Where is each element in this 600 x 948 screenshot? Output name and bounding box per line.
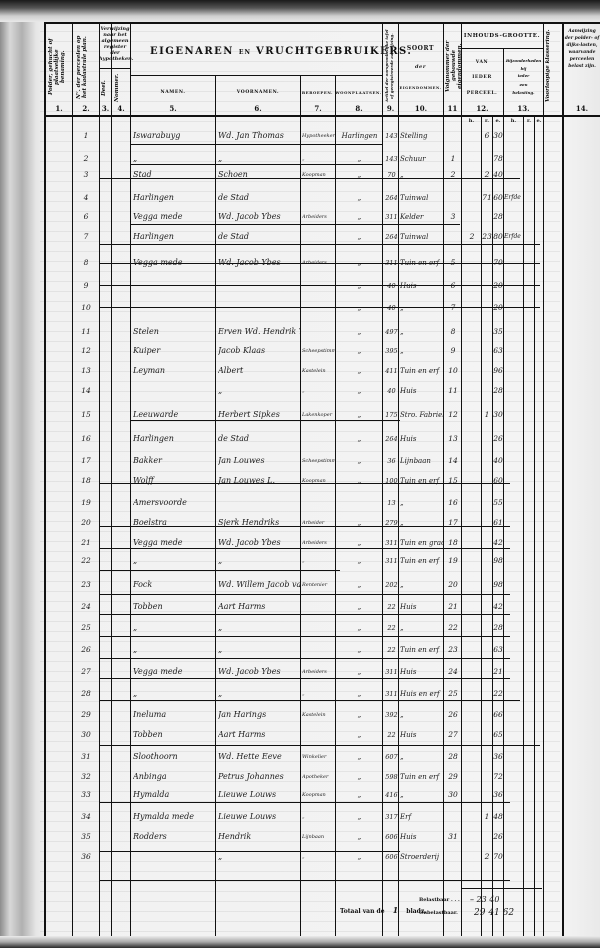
header-col1: Polder, gehucht of plaatselijke benaming…: [48, 32, 68, 102]
special-note: Erfde: [504, 193, 542, 203]
area-centiare: 80: [493, 232, 503, 242]
property-type: Tuin en erf: [400, 366, 443, 376]
special-note: Erfde: [504, 232, 542, 242]
first-names: Albert: [218, 366, 300, 376]
article-number: 13: [384, 498, 399, 508]
occupation: „: [302, 689, 335, 699]
building-number: 22: [446, 623, 460, 633]
surname: Stelen: [133, 327, 215, 337]
area-are: 23: [482, 232, 492, 242]
building-number: 19: [446, 556, 460, 566]
building-number: 12: [446, 410, 460, 420]
occupation: Arbeiders: [302, 212, 335, 222]
first-names: „: [218, 623, 300, 633]
surname: Iswarabuyg: [133, 131, 215, 141]
row-rule: [100, 880, 510, 881]
parcel-number: 19: [74, 498, 98, 508]
first-names: de Stad: [218, 193, 300, 203]
building-number: 8: [446, 327, 460, 337]
parcel-number: 22: [74, 556, 98, 566]
parcel-number: 23: [74, 580, 98, 590]
building-number: 10: [446, 366, 460, 376]
property-type: Tuin en gracht: [400, 538, 443, 548]
area-centiare: 61: [493, 518, 503, 528]
article-number: 279: [384, 518, 399, 528]
col-number-1: 1.: [46, 104, 72, 113]
col-divider-1-2: [72, 22, 73, 936]
area-centiare: 65: [493, 730, 503, 740]
frame-left: [44, 22, 46, 936]
property-type: Tuin en erf: [400, 772, 443, 782]
residence: „: [337, 645, 382, 655]
article-number: 22: [384, 623, 399, 633]
row-rule: [100, 594, 510, 595]
occupation: Rentenier: [302, 580, 335, 590]
row-rule: [100, 678, 510, 679]
first-names: Wd. Jacob Ybes: [218, 667, 300, 677]
property-type: Tuin en erf: [400, 476, 443, 486]
surname: Vegga mede: [133, 538, 215, 548]
property-type: Tuinwal: [400, 193, 443, 203]
property-type: „: [400, 498, 443, 508]
article-number: 416: [384, 790, 399, 800]
area-centiare: 63: [493, 346, 503, 356]
building-number: 23: [446, 645, 460, 655]
surname: Bakker: [133, 456, 215, 466]
article-number: 36: [384, 456, 399, 466]
residence: „: [337, 710, 382, 720]
article-number: 497: [384, 327, 399, 337]
building-number: 31: [446, 832, 460, 842]
building-number: 25: [446, 689, 460, 699]
first-names: Herbert Sipkes: [218, 410, 300, 420]
header-col10-b: der: [398, 64, 443, 70]
surname: Vegga mede: [133, 212, 215, 222]
residence: „: [337, 623, 382, 633]
article-number: 264: [384, 434, 399, 444]
col-number-13: 13.: [504, 104, 543, 113]
residence: „: [337, 281, 382, 291]
residence: „: [337, 193, 382, 203]
property-type: „: [400, 580, 443, 590]
occupation: „: [302, 852, 335, 862]
article-number: 411: [384, 366, 399, 376]
property-type: Huis en erf: [400, 689, 443, 699]
first-names: Wd. Hette Eeve: [218, 752, 300, 762]
surname: Amersvoorde: [133, 498, 215, 508]
occupation: Apotheker: [302, 772, 335, 782]
row-rule: [100, 614, 510, 615]
surname: Kuiper: [133, 346, 215, 356]
parcel-number: 34: [74, 812, 98, 822]
first-names: Petrus Johannes: [218, 772, 300, 782]
occupation: Lakenkoper: [302, 410, 335, 420]
parcel-number: 25: [74, 623, 98, 633]
first-names: Wd. Jacob Ybes: [218, 538, 300, 548]
first-names: Jacob Klaas: [218, 346, 300, 356]
surname: Anbinga: [133, 772, 215, 782]
property-type: „: [400, 327, 443, 337]
surname: Tobben: [133, 730, 215, 740]
article-number: 598: [384, 772, 399, 782]
first-names: „: [218, 645, 300, 655]
header-col13-b: bij: [504, 66, 543, 72]
area-are: 1: [482, 410, 492, 420]
property-type: Huis: [400, 667, 443, 677]
property-type: „: [400, 710, 443, 720]
residence: „: [337, 456, 382, 466]
building-number: 14: [446, 456, 460, 466]
area-centiare: 20: [493, 303, 503, 313]
property-type: Huis: [400, 832, 443, 842]
page-title: EIGENAREN EN VRUCHTGEBRUIKERS.: [150, 46, 412, 57]
surname: „: [133, 556, 215, 566]
parcel-number: 10: [74, 303, 98, 313]
header-col6: VOORNAMEN.: [216, 90, 300, 95]
surname: Harlingen: [133, 434, 215, 444]
parcel-number: 35: [74, 832, 98, 842]
header-col12-b: IEDER: [461, 75, 503, 80]
row-rule: [100, 700, 520, 701]
header-col12-a: VAN: [461, 60, 503, 65]
article-number: 311: [384, 667, 399, 677]
first-names: „: [218, 154, 300, 164]
col-divider-2-3: [99, 22, 100, 936]
unit-r-12: r.: [482, 118, 492, 124]
property-type: Tuinwal: [400, 232, 443, 242]
first-names: Aart Harms: [218, 602, 300, 612]
first-names: Jan Louwes L.: [218, 476, 300, 486]
hypotheek-subrule: [99, 68, 130, 69]
residence: „: [337, 476, 382, 486]
parcel-number: 11: [74, 327, 98, 337]
first-names: Erven Wd. Hendrik Tho: [218, 327, 300, 337]
header-voorloopige-klassering: Voorloopige klassering.: [545, 28, 560, 104]
building-number: 20: [446, 580, 460, 590]
area-centiare: 28: [493, 623, 503, 633]
title-part-1: EIGENAREN: [150, 46, 234, 57]
first-names: Aart Harms: [218, 730, 300, 740]
area-centiare: 98: [493, 580, 503, 590]
building-number: 9: [446, 346, 460, 356]
col-divider-5-6: [215, 75, 216, 936]
unit-h-13: h.: [504, 118, 523, 124]
occupation: Arbeiders: [302, 667, 335, 677]
col-divider-13-vk: [543, 22, 544, 936]
property-type: Tuin en erf: [400, 258, 443, 268]
area-hectare: 2: [463, 232, 481, 242]
article-number: 202: [384, 580, 399, 590]
area-centiare: 70: [493, 852, 503, 862]
area-are: 6: [482, 131, 492, 141]
occupation: Scheepstimmerman: [302, 346, 335, 356]
area-centiare: 35: [493, 327, 503, 337]
article-number: 392: [384, 710, 399, 720]
col-divider-11-12: [461, 22, 462, 936]
residence: „: [337, 667, 382, 677]
surname: „: [133, 645, 215, 655]
area-centiare: 36: [493, 790, 503, 800]
area-centiare: 40: [493, 456, 503, 466]
occupation: Arbeider: [302, 518, 335, 528]
building-number: 6: [446, 281, 460, 291]
header-col14: Aanwijzing der polder- of dijks-lasten, …: [564, 28, 600, 70]
first-names: Jan Harings: [218, 710, 300, 720]
first-names: Wd. Willem Jacob van: [218, 580, 300, 590]
area-centiare: 96: [493, 366, 503, 376]
area-are: 2: [482, 852, 492, 862]
header-col11: Volgnommer der gebouwde eigendommen.: [445, 28, 459, 104]
header-bottom-rule: [44, 115, 600, 117]
property-type: Stroerderij: [400, 852, 443, 862]
article-number: 317: [384, 812, 399, 822]
totaal-label: Totaal van de: [340, 908, 385, 915]
occupation: Koopman: [302, 170, 335, 180]
article-number: 22: [384, 730, 399, 740]
col-number-12: 12.: [462, 104, 503, 113]
surname: Leeuwarde: [133, 410, 215, 420]
property-type: Kelder: [400, 212, 443, 222]
parcel-number: 30: [74, 730, 98, 740]
first-names: Hendrik: [218, 832, 300, 842]
col-number-5: 5.: [131, 104, 215, 113]
residence: „: [337, 258, 382, 268]
surname: „: [133, 689, 215, 699]
parcel-number: 32: [74, 772, 98, 782]
article-number: 40: [384, 386, 399, 396]
unit-r-13: r.: [524, 118, 534, 124]
building-number: 5: [446, 258, 460, 268]
first-names: „: [218, 556, 300, 566]
residence: Harlingen: [337, 131, 382, 141]
property-type: Stelling: [400, 131, 443, 141]
col-divider-3-4: [111, 22, 112, 936]
surname: Tobben: [133, 602, 215, 612]
header-col13-d: een: [504, 82, 543, 88]
residence: „: [337, 602, 382, 612]
col-number-3: 3.: [100, 104, 111, 113]
row-rule: [100, 548, 510, 549]
col-number-10: 10.: [399, 104, 443, 113]
area-centiare: 48: [493, 812, 503, 822]
parcel-number: 16: [74, 434, 98, 444]
building-number: 24: [446, 667, 460, 677]
header-col13-a: Bijzonderheden: [504, 58, 543, 64]
residence: „: [337, 556, 382, 566]
property-type: Tuin en erf: [400, 645, 443, 655]
col-number-6: 6.: [216, 104, 300, 113]
total-top-rule: [462, 888, 542, 889]
residence: „: [337, 386, 382, 396]
first-names: „: [218, 689, 300, 699]
occupation: Kastelein: [302, 710, 335, 720]
article-number: 264: [384, 193, 399, 203]
occupation: Koopman: [302, 476, 335, 486]
property-type: „: [400, 303, 443, 313]
col-number-4: 4.: [112, 104, 130, 113]
residence: „: [337, 410, 382, 420]
surname: Ineluma: [133, 710, 215, 720]
building-number: 28: [446, 752, 460, 762]
occupation: Hypotheeker: [302, 131, 335, 141]
residence: „: [337, 538, 382, 548]
surname: Harlingen: [133, 193, 215, 203]
parcel-number: 1: [74, 131, 98, 141]
property-type: „: [400, 170, 443, 180]
area-centiare: 28: [493, 386, 503, 396]
row-rule: [130, 144, 382, 145]
area-centiare: 63: [493, 645, 503, 655]
parcel-number: 33: [74, 790, 98, 800]
property-type: Huis: [400, 386, 443, 396]
area-centiare: 60: [493, 476, 503, 486]
occupation: Winkelier: [302, 752, 335, 762]
row-rule: [100, 802, 510, 803]
article-number: 607: [384, 752, 399, 762]
area-centiare: 36: [493, 752, 503, 762]
surname: „: [133, 623, 215, 633]
area-centiare: 26: [493, 434, 503, 444]
article-number: 40: [384, 281, 399, 291]
residence: „: [337, 154, 382, 164]
row-rule: [130, 224, 460, 225]
article-number: 311: [384, 556, 399, 566]
area-centiare: 72: [493, 772, 503, 782]
header-col12-c: PERCEEL.: [461, 91, 503, 96]
row-rule: [100, 570, 340, 571]
parcel-number: 2: [74, 154, 98, 164]
article-number: 311: [384, 258, 399, 268]
building-number: 2: [446, 170, 460, 180]
parcel-number: 15: [74, 410, 98, 420]
header-inhoud-group: INHOUDS-GROOTTE.: [461, 33, 543, 39]
occupation: Scheepstimmerman: [302, 456, 335, 466]
first-names: „: [218, 386, 300, 396]
article-number: 100: [384, 476, 399, 486]
col-divider-6-7: [300, 75, 301, 936]
property-type: Huis: [400, 602, 443, 612]
area-centiare: 40: [493, 170, 503, 180]
property-type: Erf: [400, 812, 443, 822]
residence: „: [337, 752, 382, 762]
residence: „: [337, 327, 382, 337]
unit-e-12: e.: [493, 118, 503, 124]
first-names: Wd. Jacob Ybes: [218, 212, 300, 222]
parcel-number: 21: [74, 538, 98, 548]
property-type: „: [400, 752, 443, 762]
parcel-number: 13: [74, 366, 98, 376]
article-number: 70: [384, 170, 399, 180]
residence: „: [337, 832, 382, 842]
header-col10-c: EIGENDOMMEN.: [398, 86, 443, 90]
building-number: 27: [446, 730, 460, 740]
property-type: Huis: [400, 434, 443, 444]
surname: Vegga mede: [133, 667, 215, 677]
building-number: 3: [446, 212, 460, 222]
surname: Wolff: [133, 476, 215, 486]
unit-h-12: h.: [462, 118, 481, 124]
building-number: 17: [446, 518, 460, 528]
surname: Rodders: [133, 832, 215, 842]
col-divider-vk-14: [562, 22, 564, 936]
area-centiare: 26: [493, 832, 503, 842]
area-centiare: 42: [493, 602, 503, 612]
area-centiare: 22: [493, 689, 503, 699]
residence: „: [337, 212, 382, 222]
article-number: 606: [384, 852, 399, 862]
area-centiare: 28: [493, 212, 503, 222]
surname: Sloothoorn: [133, 752, 215, 762]
header-col7: BEROEPEN.: [300, 90, 335, 95]
property-type: Tuin en erf: [400, 556, 443, 566]
row-rule: [100, 658, 510, 659]
building-number: 1: [446, 154, 460, 164]
parcel-number: 17: [74, 456, 98, 466]
article-number: 143: [384, 154, 399, 164]
property-type: „: [400, 346, 443, 356]
building-number: 29: [446, 772, 460, 782]
article-number: 606: [384, 832, 399, 842]
article-number: 311: [384, 689, 399, 699]
page-bottom-edge: [0, 936, 600, 948]
col-number-7: 7.: [301, 104, 335, 113]
surname: Boelstra: [133, 518, 215, 528]
row-rule: [100, 745, 540, 746]
area-centiare: 55: [493, 498, 503, 508]
parcel-number: 8: [74, 258, 98, 268]
row-rule: [100, 307, 540, 308]
surname: Leyman: [133, 366, 215, 376]
page-top-edge: [0, 0, 600, 22]
parcel-number: 9: [74, 281, 98, 291]
first-names: Jan Louwes: [218, 456, 300, 466]
register-page: Polder, gehucht of plaatselijke benaming…: [0, 0, 600, 948]
row-rule: [100, 244, 540, 245]
building-number: 16: [446, 498, 460, 508]
property-type: „: [400, 623, 443, 633]
onbelastbaar-label: Onbelastbaar.: [419, 910, 458, 916]
area-are: 2: [482, 170, 492, 180]
parcel-number: 14: [74, 386, 98, 396]
area-centiare: 30: [493, 131, 503, 141]
occupation: Koopman: [302, 790, 335, 800]
residence: „: [337, 772, 382, 782]
residence: „: [337, 852, 382, 862]
occupation: Arbeiders: [302, 258, 335, 268]
property-type: Huis: [400, 281, 443, 291]
building-number: 13: [446, 434, 460, 444]
area-are: 1: [482, 812, 492, 822]
property-type: Lijnbaan: [400, 456, 443, 466]
property-type: „: [400, 518, 443, 528]
residence: „: [337, 812, 382, 822]
residence: „: [337, 366, 382, 376]
area-centiare: 66: [493, 710, 503, 720]
header-col2: N°. der perceelen op het kadastrale plan…: [76, 32, 96, 102]
article-number: 311: [384, 212, 399, 222]
occupation: „: [302, 154, 335, 164]
article-number: 264: [384, 232, 399, 242]
parcel-number: 28: [74, 689, 98, 699]
onbelastbaar-value: 29 41 62: [474, 908, 514, 918]
header-col4: Nommer.: [114, 74, 127, 102]
parcel-number: 31: [74, 752, 98, 762]
area-centiare: 60: [493, 193, 503, 203]
building-number: 21: [446, 602, 460, 612]
row-rule: [100, 285, 540, 286]
row-rule: [130, 164, 382, 165]
header-col13-c: ieder: [504, 73, 543, 79]
